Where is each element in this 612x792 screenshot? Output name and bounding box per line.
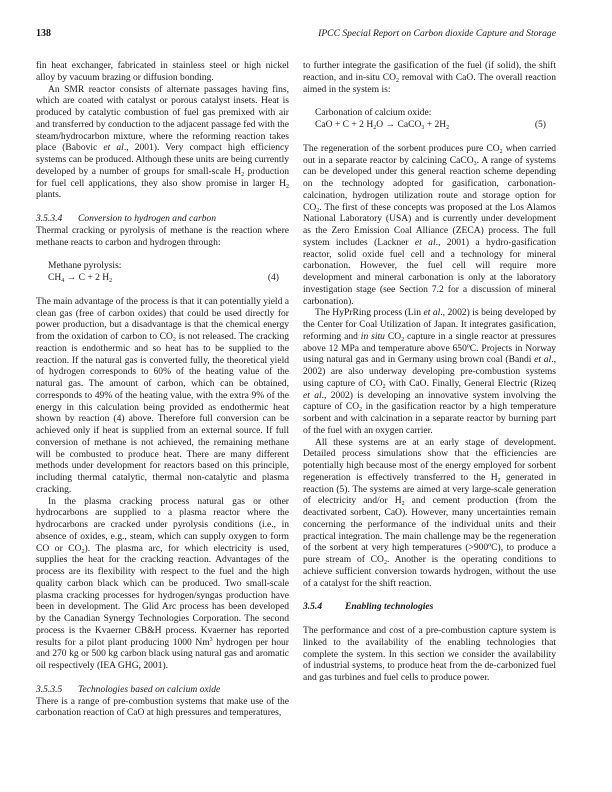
paragraph: In the plasma cracking process natural g… [36, 496, 289, 672]
paragraph: All these systems are at an early stage … [303, 437, 556, 590]
section-heading-354: 3.5.4Enabling technologies [303, 601, 556, 613]
page-header: 138 IPCC Special Report on Carbon dioxid… [36, 28, 556, 42]
running-title: IPCC Special Report on Carbon dioxide Ca… [318, 28, 556, 39]
equation-4: Methane pyrolysis: CH4 → C + 2 H2(4) [48, 260, 289, 284]
paragraph: The regeneration of the sorbent produces… [303, 143, 556, 308]
paragraph: An SMR reactor consists of alternate pas… [36, 84, 289, 202]
paragraph: Thermal cracking or pyrolysis of methane… [36, 225, 289, 249]
equation-5: Carbonation of calcium oxide: CaO + C + … [315, 107, 556, 131]
paragraph: There is a range of pre-combustion syste… [36, 696, 289, 720]
paragraph: to further integrate the gasification of… [303, 60, 556, 95]
left-column: fin heat exchanger, fabricated in stainl… [36, 60, 289, 719]
paragraph: The HyPrRing process (Lin et al., 2002) … [303, 307, 556, 436]
section-heading-3534: 3.5.3.4Conversion to hydrogen and carbon [36, 213, 289, 225]
paragraph: The main advantage of the process is tha… [36, 296, 289, 496]
section-heading-3535: 3.5.3.5Technologies based on calcium oxi… [36, 684, 289, 696]
page-number: 138 [36, 28, 51, 39]
right-column: to further integrate the gasification of… [303, 60, 556, 684]
paragraph: fin heat exchanger, fabricated in stainl… [36, 60, 289, 84]
paragraph: The performance and cost of a pre-combus… [303, 625, 556, 684]
